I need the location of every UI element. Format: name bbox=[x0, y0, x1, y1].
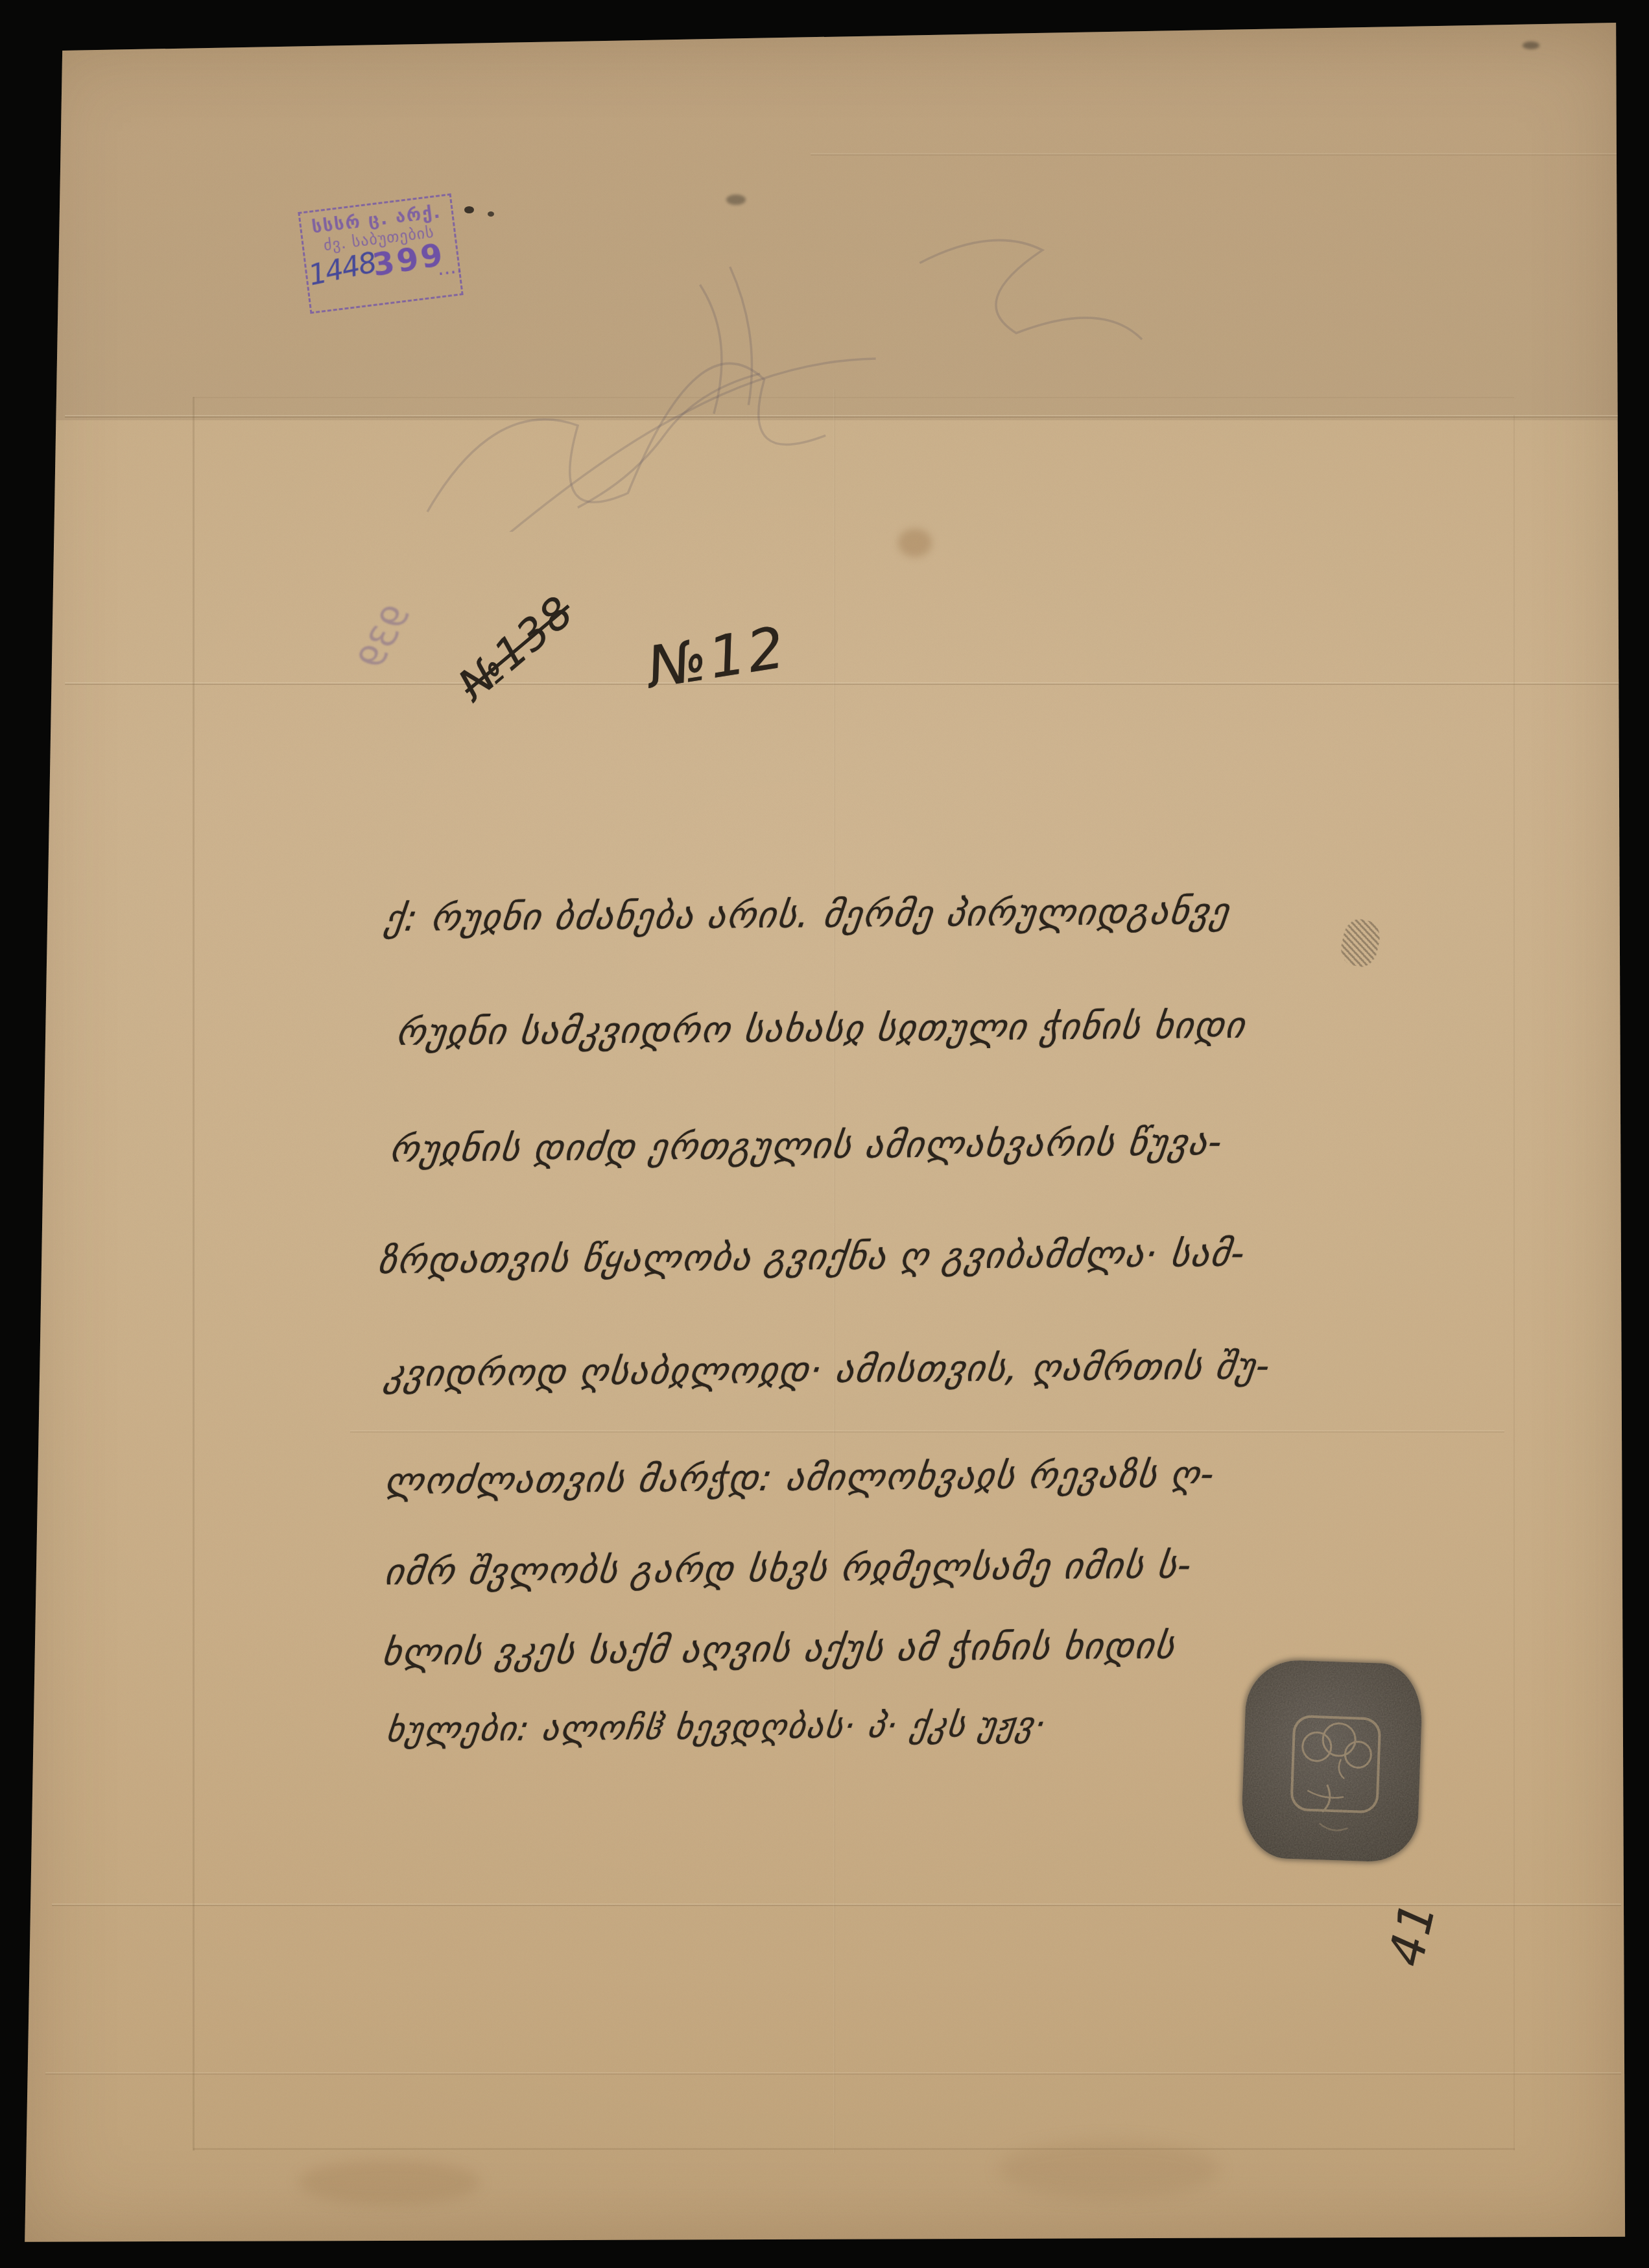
manuscript-line: ხულები: ალოჩჱ ხევდღბას· პ· ქკს უჟვ· bbox=[384, 1705, 1049, 1750]
pencil-scribbles bbox=[363, 195, 1206, 532]
manuscript-line: რუჲნის დიძდ ერთგულის ამილახვარის წუვა- bbox=[387, 1121, 1225, 1171]
manuscript-line: ქ: რუჲნი ბძანება არის. მერმე პირულიდგანვ… bbox=[382, 890, 1232, 940]
manuscript-line: ლოძლათვის მარჭდ: ამილოხვაჲს რევაზს ღ- bbox=[382, 1453, 1218, 1503]
archive-stamp: სსსრ ც. არქ. ძვ. საბუთების 1448 399 .... bbox=[298, 193, 463, 314]
fold-crease bbox=[65, 682, 1621, 685]
fold-crease bbox=[350, 1430, 1504, 1433]
photo-background: სსსრ ც. არქ. ძვ. საბუთების 1448 399 ....… bbox=[0, 0, 1649, 2268]
paper-sheet: სსსრ ც. არქ. ძვ. საბუთების 1448 399 ....… bbox=[0, 0, 1649, 2268]
inner-sheet-edge bbox=[193, 2148, 1515, 2150]
ink-seal bbox=[1240, 1658, 1424, 1863]
fold-crease bbox=[811, 153, 1621, 156]
ink-speck bbox=[726, 195, 746, 205]
stamp-trailing-dots: .... bbox=[436, 255, 463, 280]
fold-crease bbox=[52, 1904, 1621, 1906]
ink-speck bbox=[464, 206, 474, 213]
ink-speck bbox=[1523, 42, 1539, 49]
inner-sheet-edge bbox=[193, 397, 195, 2151]
manuscript-line: იმრ შვლობს გარდ სხვს რჲმელსამე იმის ს- bbox=[382, 1544, 1194, 1594]
manuscript-line: რუჲნი სამკვიდრო სახასჲ სჲთული ჭინის ხიდი bbox=[394, 1005, 1248, 1055]
manuscript-line: ზრდათვის წყალობა გვიქნა ღ გვიბამძლა· სამ… bbox=[375, 1232, 1248, 1282]
manuscript-line: კვიდროდ ღსაბჲლოჲდ· ამისთვის, ღამრთის შუ- bbox=[382, 1345, 1273, 1395]
inner-sheet-edge bbox=[1513, 415, 1515, 2151]
ink-speck bbox=[488, 211, 494, 217]
manuscript-line: ხლის ვკეს საქმ აღვის აქუს ამ ჭინის ხიდის bbox=[379, 1625, 1178, 1674]
